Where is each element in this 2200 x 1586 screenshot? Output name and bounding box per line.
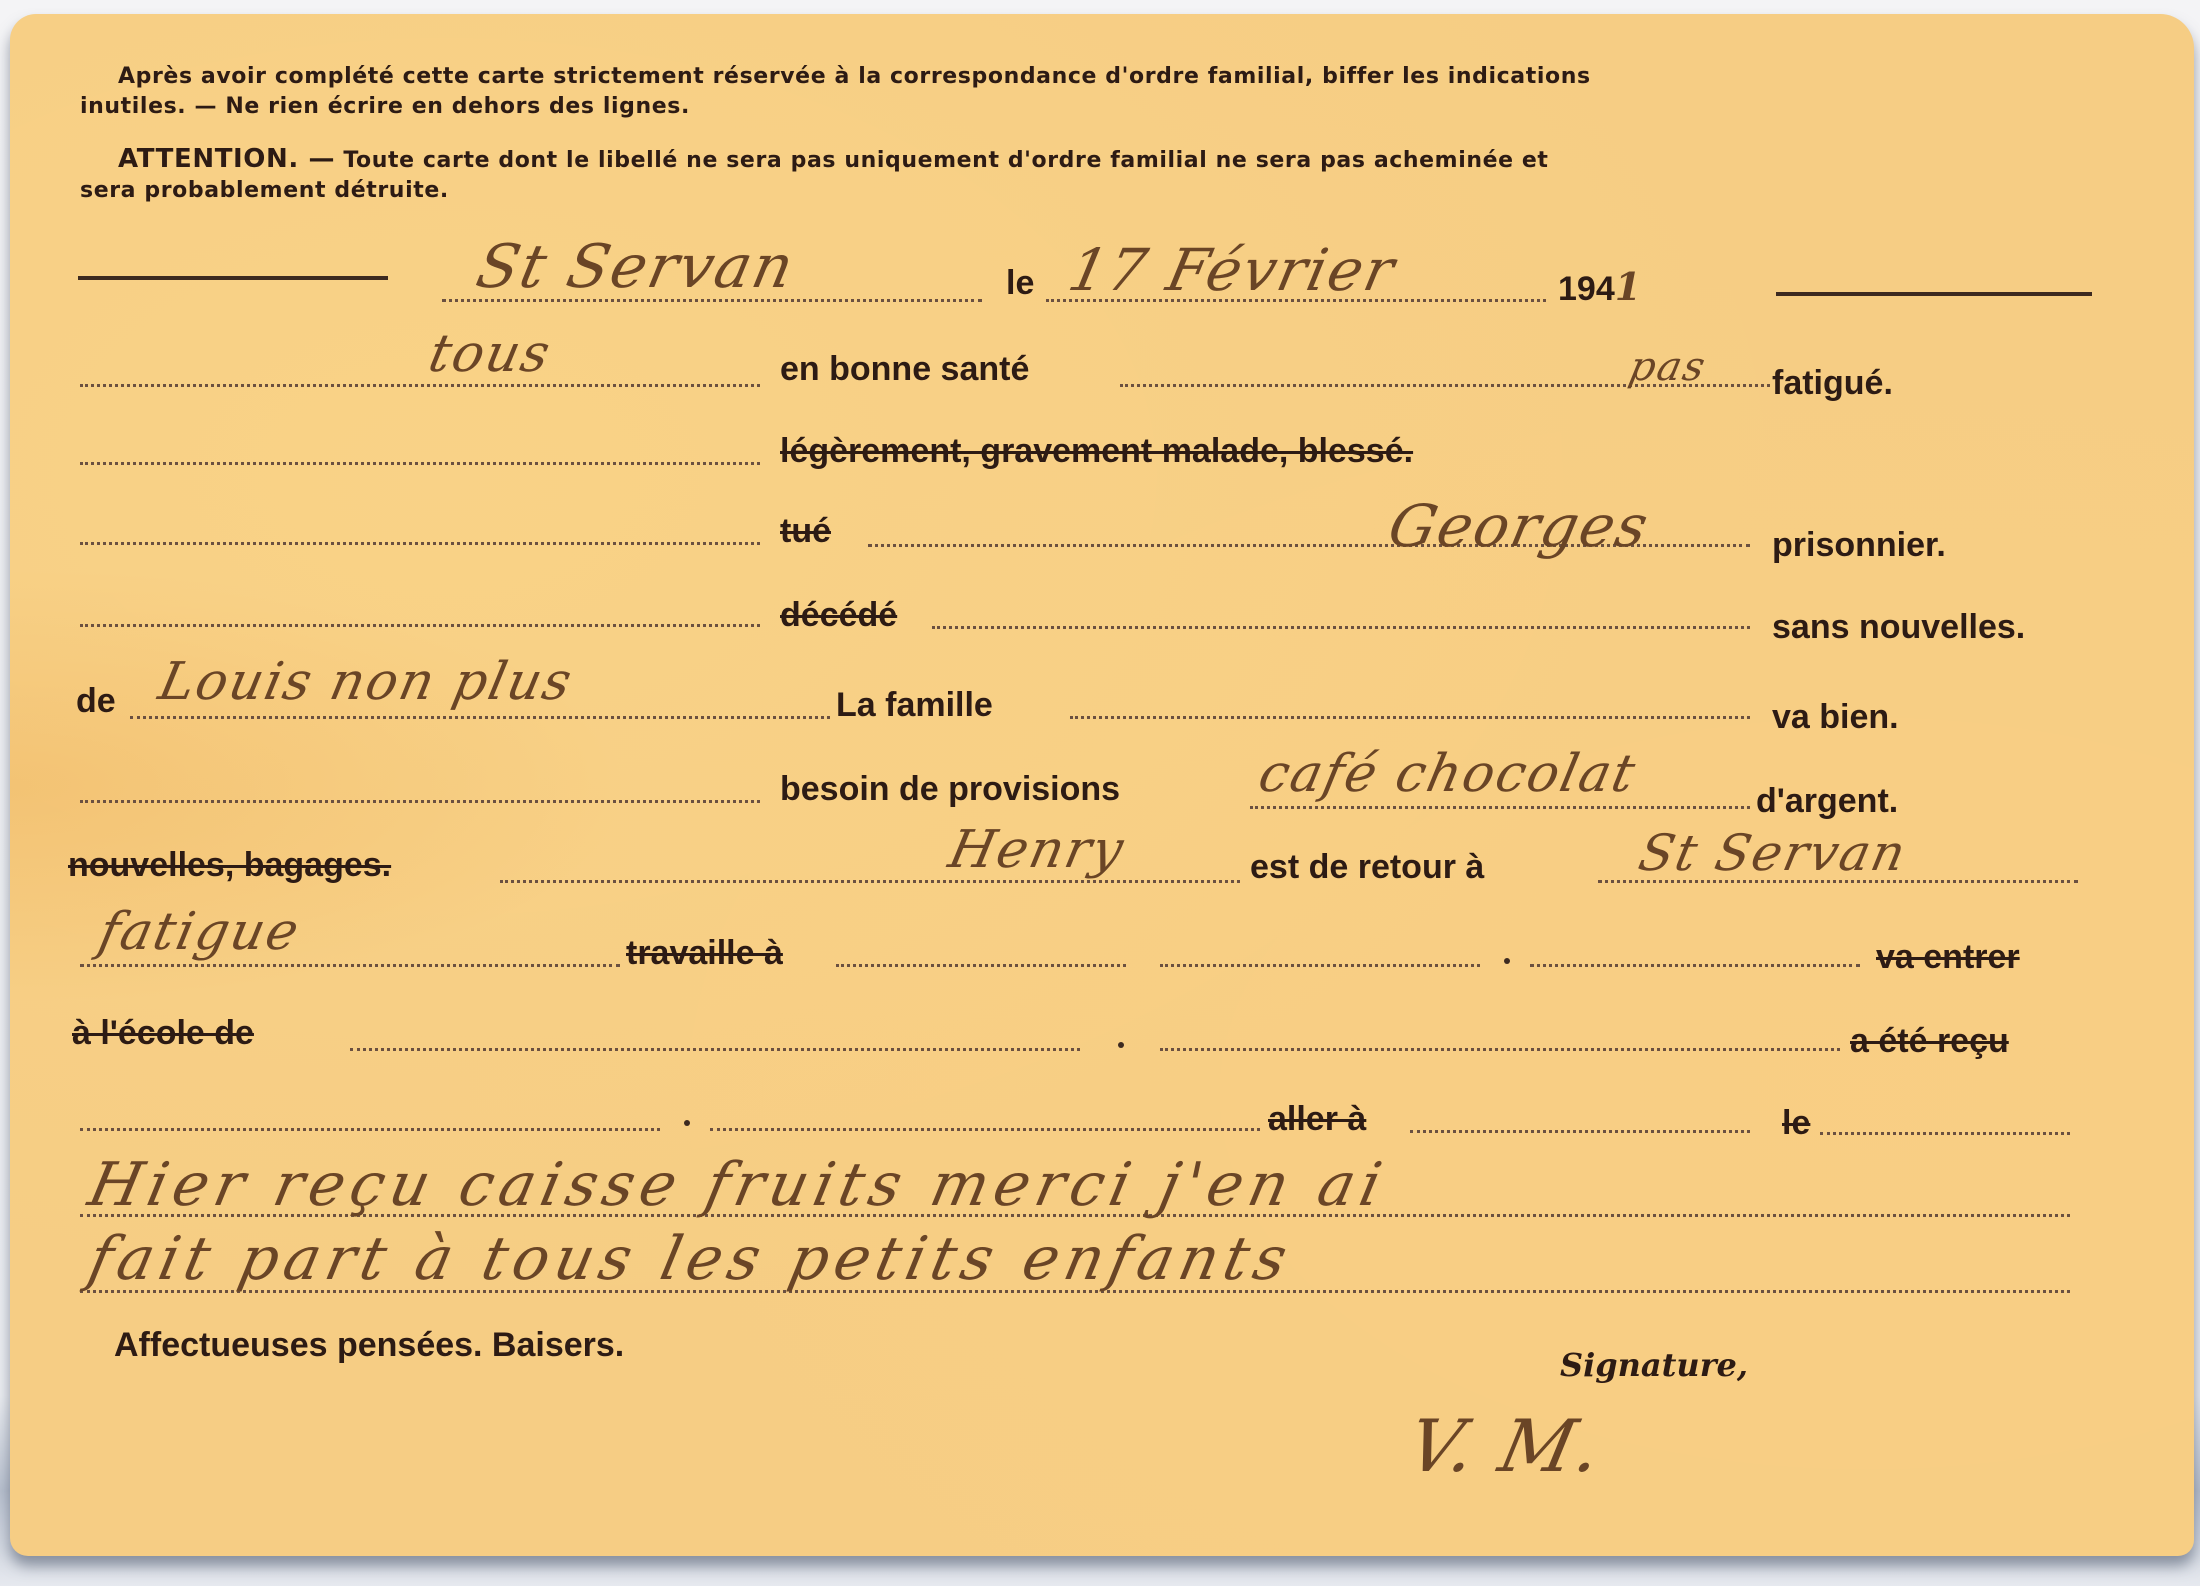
money-label: d'argent. — [1756, 782, 1898, 821]
returned-name-line — [500, 880, 1240, 883]
year-prefix: 194 — [1558, 270, 1615, 308]
year-label: 1941 — [1558, 264, 1643, 309]
needs-line-left — [80, 800, 760, 803]
year-digit-handwritten: 1 — [1615, 264, 1643, 309]
returned-label: est de retour à — [1250, 848, 1484, 887]
health-subject-handwritten: tous — [424, 324, 557, 384]
school-line-2 — [1160, 1048, 1840, 1051]
work-line-3 — [1530, 964, 1860, 967]
well-label: va bien. — [1772, 698, 1899, 737]
attention-line-2: sera probablement détruite. — [80, 178, 449, 203]
de-value-handwritten: Louis non plus — [154, 652, 579, 712]
prisoner-name-handwritten: Georges — [1383, 492, 1656, 560]
killed-line-left — [80, 542, 760, 545]
family-label: La famille — [836, 686, 993, 725]
go-line-1 — [80, 1128, 660, 1131]
work-line-1 — [836, 964, 1126, 967]
date-handwritten: 17 Février — [1063, 236, 1402, 304]
prisoner-label: prisonnier. — [1772, 526, 1946, 565]
go-line-2 — [710, 1128, 1260, 1131]
de-line — [130, 716, 830, 719]
interzone-card: Après avoir complété cette carte stricte… — [10, 14, 2194, 1556]
go-line-3 — [1410, 1130, 1750, 1133]
returned-name-handwritten: Henry — [944, 820, 1131, 880]
message-handwritten-line-1: Hier reçu caisse fruits merci j'en ai — [83, 1150, 1394, 1220]
de-label: de — [76, 682, 116, 721]
no-news-line — [932, 626, 1750, 629]
family-line — [1070, 716, 1750, 719]
separator-dot — [1504, 958, 1510, 964]
message-handwritten-line-2: fait part à tous les petits enfants — [83, 1224, 1299, 1294]
work-label-struck: travaille à — [626, 934, 783, 973]
closing-text: Affectueuses pensées. Baisers. — [114, 1326, 624, 1365]
work-line-2 — [1160, 964, 1480, 967]
returned-place-handwritten: St Servan — [1634, 824, 1913, 882]
needs-value-handwritten: café chocolat — [1254, 744, 1642, 804]
instructions-line-1: Après avoir complété cette carte stricte… — [118, 64, 1591, 89]
health-label: en bonne santé — [780, 350, 1029, 389]
needs-label: besoin de provisions — [780, 770, 1120, 809]
header-rule-left — [78, 276, 388, 280]
attention-block: ATTENTION. — Toute carte dont le libellé… — [118, 144, 1549, 174]
needs-line — [1250, 806, 1750, 809]
deceased-label-struck: décédé — [780, 596, 897, 635]
work-value-handwritten: fatigue — [94, 902, 306, 962]
attention-line-1: Toute carte dont le libellé ne sera pas … — [343, 148, 1548, 173]
signature-handwritten: V. M. — [1401, 1404, 1611, 1488]
no-news-label: sans nouvelles. — [1772, 608, 2025, 647]
tired-modifier-handwritten: pas — [1625, 344, 1711, 390]
work-value-line — [80, 964, 620, 967]
attention-label: ATTENTION. — — [118, 144, 335, 174]
health-subject-line — [80, 384, 760, 387]
header-rule-right — [1776, 292, 2092, 296]
ill-line — [80, 462, 760, 465]
tired-label: fatigué. — [1772, 364, 1893, 403]
le-label: le — [1006, 264, 1034, 303]
deceased-line-left — [80, 624, 760, 627]
signature-label: Signature, — [1560, 1346, 1748, 1384]
separator-dot — [684, 1120, 690, 1126]
separator-dot — [1118, 1042, 1124, 1048]
date-label-struck: le — [1782, 1104, 1810, 1143]
place-handwritten: St Servan — [471, 232, 802, 302]
go-line-4 — [1820, 1132, 2070, 1135]
go-label-struck: aller à — [1268, 1100, 1366, 1139]
news-label-struck: nouvelles, bagages. — [68, 846, 391, 885]
instructions-line-2: inutiles. — Ne rien écrire en dehors des… — [80, 94, 690, 119]
ill-label-struck: légèrement, gravement malade, blessé. — [780, 432, 1413, 471]
school-line-1 — [350, 1048, 1080, 1051]
killed-label-struck: tué — [780, 512, 831, 551]
received-label-struck: a été reçu — [1850, 1022, 2009, 1061]
school-label-struck: à l'école de — [72, 1014, 254, 1053]
enter-label-struck: va entrer — [1876, 938, 2020, 977]
